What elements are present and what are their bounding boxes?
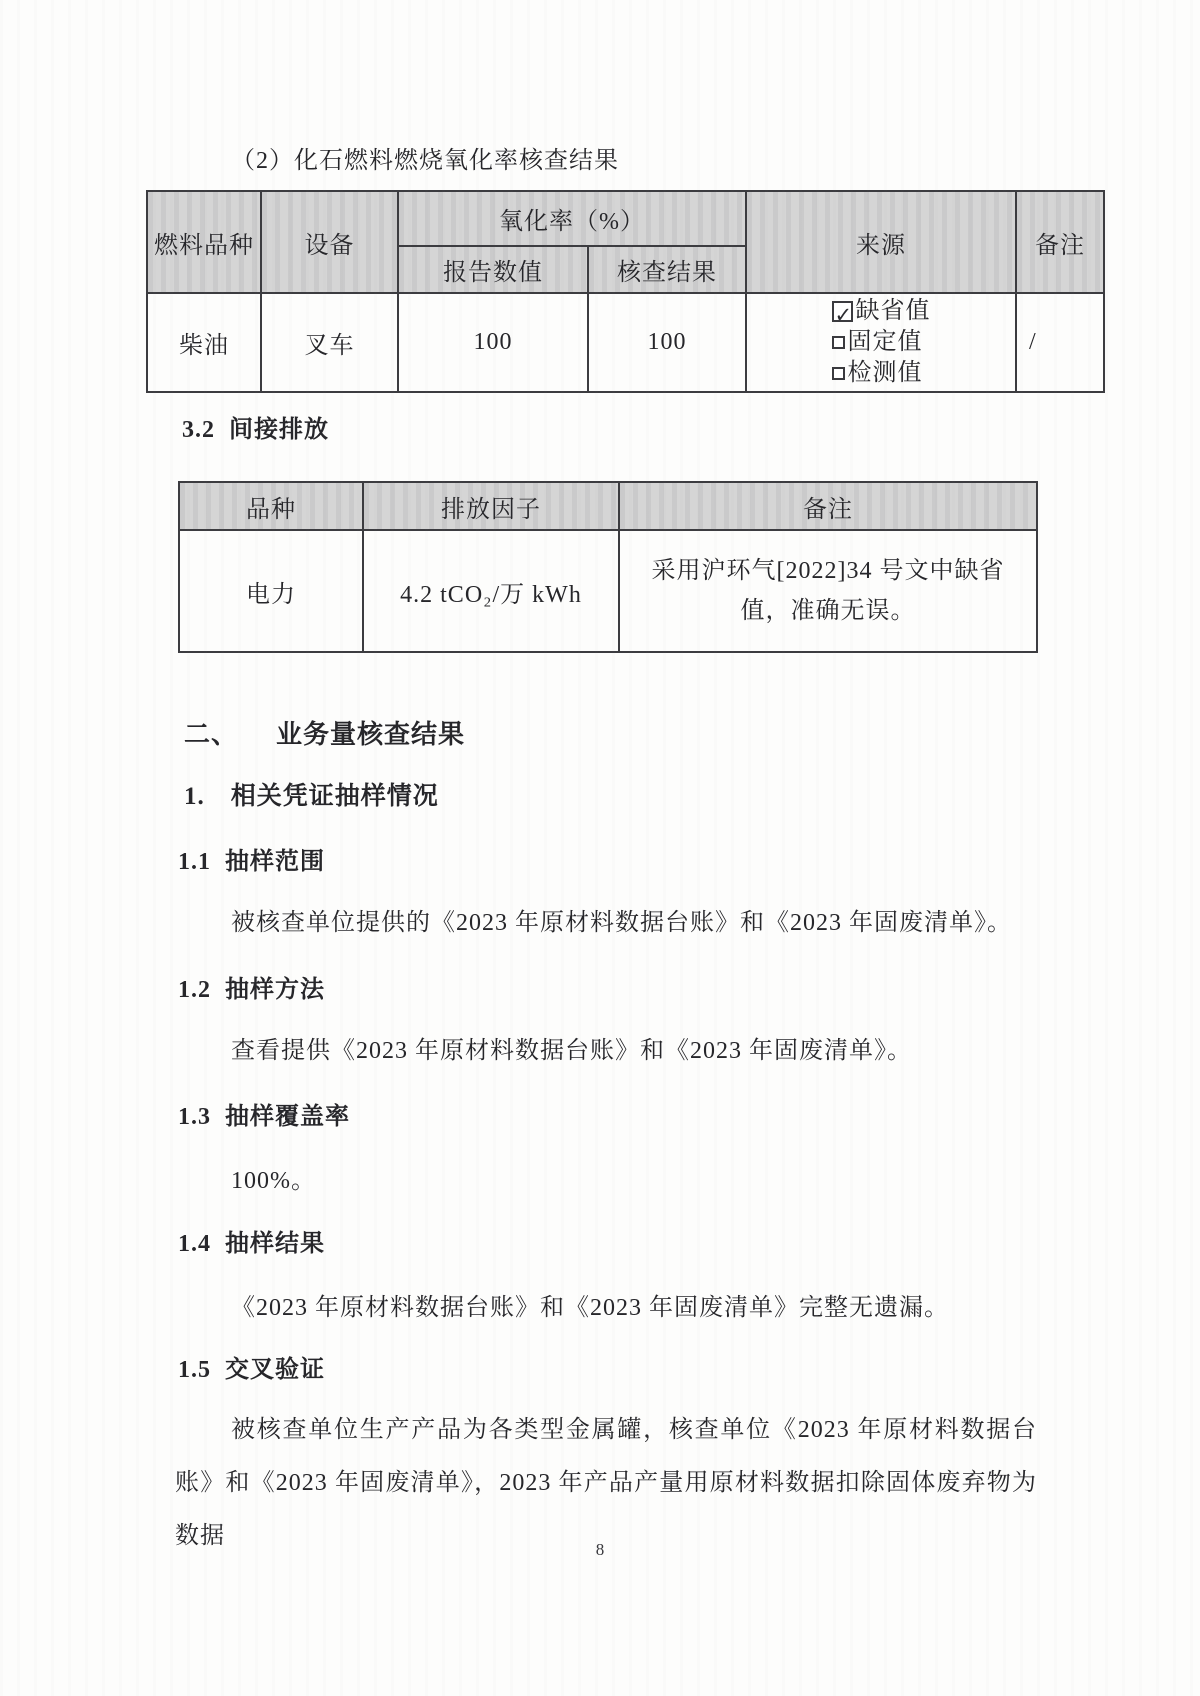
source-option-label: 检测值 — [848, 358, 923, 389]
col-header-source: 来源 — [746, 191, 1016, 293]
checkbox-unchecked-icon — [832, 367, 845, 380]
col-header-equipment: 设备 — [261, 191, 398, 293]
heading-text: 抽样范围 — [225, 847, 325, 877]
paragraph-sampling-result: 《2023 年原材料数据台账》和《2023 年固废清单》完整无遗漏。 — [175, 1292, 1037, 1324]
source-option-label: 缺省值 — [856, 296, 931, 327]
heading-sampling-coverage: 1.3 抽样覆盖率 — [178, 1102, 1200, 1132]
col-header-emission-factor: 排放因子 — [363, 482, 619, 530]
paragraph-sampling-method: 查看提供《2023 年原材料数据台账》和《2023 年固废清单》。 — [175, 1035, 1037, 1067]
cell-remark: / — [1016, 293, 1104, 392]
heading-number: 1.1 — [178, 847, 211, 877]
cell-reported-value: 100 — [398, 293, 588, 392]
checkbox-checked-icon — [832, 301, 853, 322]
heading-text: 交叉验证 — [225, 1355, 325, 1385]
heading-number: 1.4 — [178, 1229, 211, 1259]
heading-text: 抽样结果 — [225, 1229, 325, 1259]
col-header-reported-value: 报告数值 — [398, 246, 588, 293]
col-header-type: 品种 — [179, 482, 363, 530]
col-header-fuel-type: 燃料品种 — [147, 191, 261, 293]
heading-number: 1.5 — [178, 1355, 211, 1385]
source-option-measured: 检测值 — [832, 358, 931, 389]
cell-emission-factor: 4.2 tCO₂/万 kWh — [363, 530, 619, 652]
heading-indirect-emissions: 3.2 间接排放 — [182, 415, 1200, 445]
heading-business-volume: 二、 业务量核查结果 — [184, 719, 1200, 751]
source-option-label: 固定值 — [848, 327, 923, 358]
heading-voucher-sampling: 1. 相关凭证抽样情况 — [184, 781, 1200, 813]
fossil-section-title: （2）化石燃料燃烧氧化率核查结果 — [231, 146, 1200, 176]
heading-text: 抽样方法 — [225, 975, 325, 1005]
paragraph-sampling-coverage: 100%。 — [175, 1165, 1037, 1197]
source-option-fixed: 固定值 — [832, 327, 931, 358]
table-row: 柴油 叉车 100 100 缺省值 固定值 检测值 — [147, 293, 1104, 392]
heading-number: 二、 — [184, 719, 238, 751]
col-header-remark: 备注 — [1016, 191, 1104, 293]
heading-sampling-result: 1.4 抽样结果 — [178, 1229, 1200, 1259]
heading-number: 1. — [184, 781, 205, 813]
heading-sampling-scope: 1.1 抽样范围 — [178, 847, 1200, 877]
page-number: 8 — [0, 1540, 1200, 1560]
heading-text: 相关凭证抽样情况 — [231, 781, 439, 813]
col-header-remark: 备注 — [619, 482, 1037, 530]
document-page: （2）化石燃料燃烧氧化率核查结果 燃料品种 设备 氧化率（%） 来源 备注 报告… — [0, 0, 1200, 1696]
heading-text: 间接排放 — [229, 415, 329, 445]
emission-factor-table: 品种 排放因子 备注 电力 4.2 tCO₂/万 kWh 采用沪环气[2022]… — [178, 481, 1038, 653]
col-header-oxidation-rate: 氧化率（%） — [398, 191, 746, 246]
heading-number: 1.2 — [178, 975, 211, 1005]
heading-number: 1.3 — [178, 1102, 211, 1132]
col-header-verified-result: 核查结果 — [588, 246, 746, 293]
table-row: 电力 4.2 tCO₂/万 kWh 采用沪环气[2022]34 号文中缺省值，准… — [179, 530, 1037, 652]
heading-cross-validation: 1.5 交叉验证 — [178, 1355, 1200, 1385]
heading-text: 业务量核查结果 — [276, 719, 465, 751]
cell-verified-result: 100 — [588, 293, 746, 392]
heading-sampling-method: 1.2 抽样方法 — [178, 975, 1200, 1005]
cell-type: 电力 — [179, 530, 363, 652]
checkbox-unchecked-icon — [832, 336, 845, 349]
source-option-default: 缺省值 — [832, 296, 931, 327]
cell-source: 缺省值 固定值 检测值 — [746, 293, 1016, 392]
heading-text: 抽样覆盖率 — [225, 1102, 350, 1132]
paragraph-sampling-scope: 被核查单位提供的《2023 年原材料数据台账》和《2023 年固废清单》。 — [175, 907, 1037, 939]
cell-equipment: 叉车 — [261, 293, 398, 392]
cell-remark: 采用沪环气[2022]34 号文中缺省值，准确无误。 — [619, 530, 1037, 652]
heading-number: 3.2 — [182, 415, 215, 445]
cell-fuel-type: 柴油 — [147, 293, 261, 392]
oxidation-rate-table: 燃料品种 设备 氧化率（%） 来源 备注 报告数值 核查结果 柴油 叉车 100… — [146, 190, 1105, 393]
